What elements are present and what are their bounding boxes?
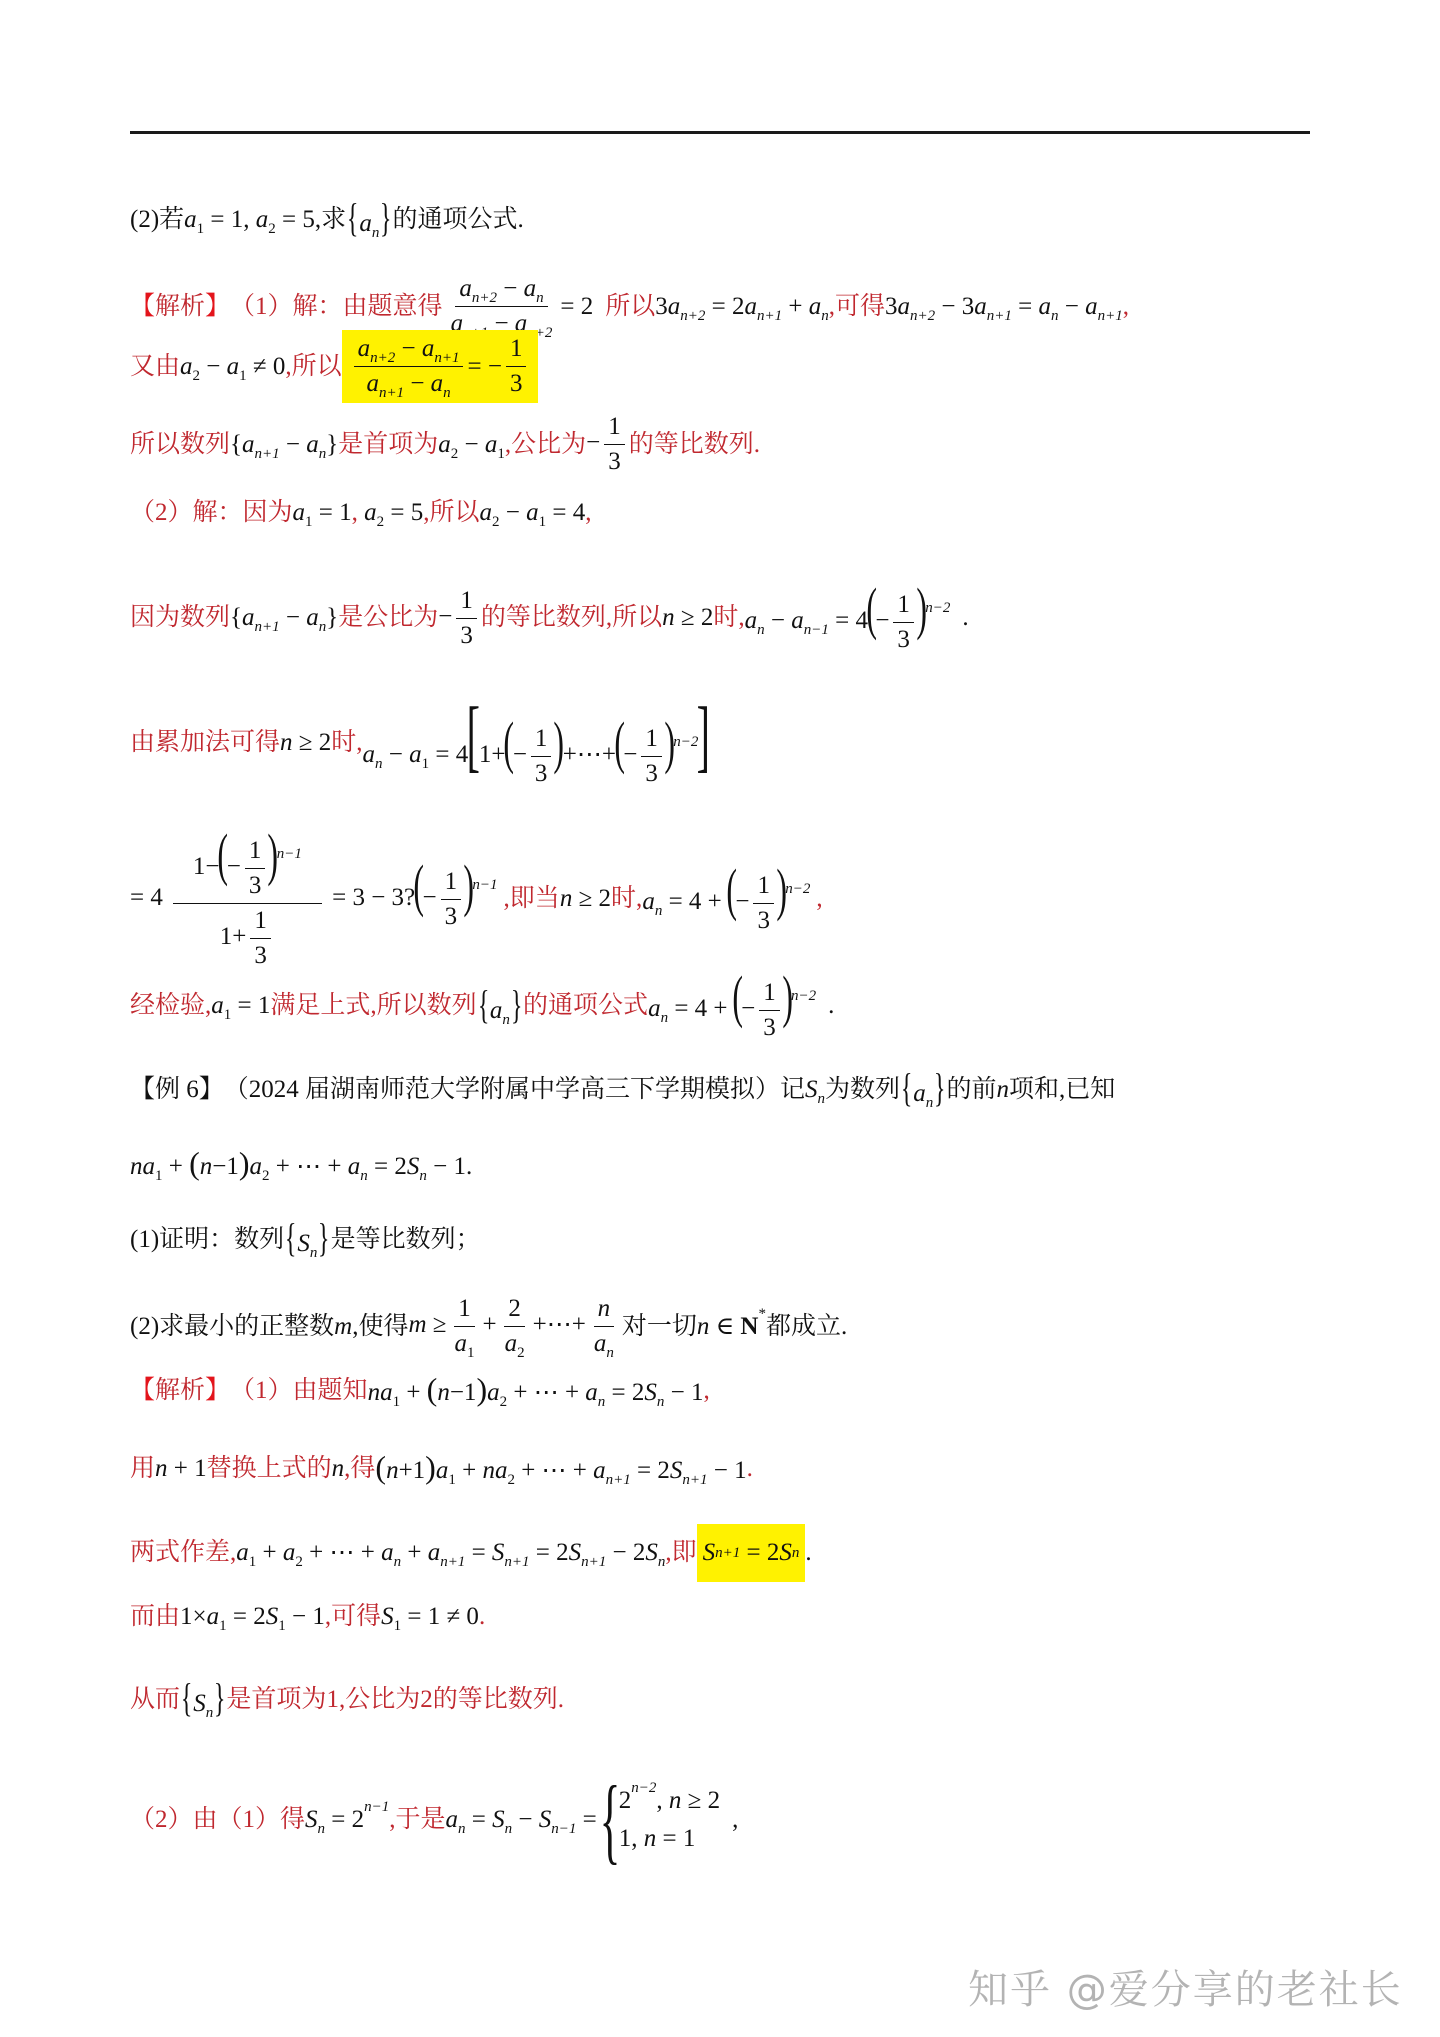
set: n ∈ N*	[697, 1310, 766, 1344]
prefix: 所以数列	[130, 428, 230, 462]
example-source: （2024 届湖南师范大学附属中学高三下学期模拟）	[224, 1073, 780, 1107]
geometric-line: 所以数列 {an+1 − an} 是首项为 a2 − a1 ,公比为 −13 的…	[130, 410, 760, 479]
m-var: m	[334, 1310, 352, 1344]
mid2: 的通项公式	[523, 989, 648, 1023]
suffix: 的等比数列.	[433, 1683, 564, 1717]
result: S1 = 1 ≠ 0	[381, 1600, 479, 1634]
sequence: {an+1 − an}	[230, 601, 338, 635]
condition: n ≥ 2	[280, 726, 331, 760]
prefix: 从而	[130, 1683, 180, 1717]
mid: 满足上式,所以数列	[270, 989, 476, 1023]
check-line: 经检验, a1 = 1 满足上式,所以数列 {an} 的通项公式 an = 4 …	[130, 968, 834, 1045]
text: 为数列	[825, 1073, 900, 1107]
prefix: 由累加法可得	[130, 726, 280, 760]
mid: ,即	[665, 1536, 696, 1570]
header-rule	[130, 131, 1310, 134]
sequence: {Sn}	[284, 1218, 330, 1261]
solution-6-line-2: 用 n + 1 替换上式的 n ,得 (n+1)a1 + na2 + ⋯ + a…	[130, 1450, 753, 1488]
equation: na1 + (n−1)a2 + ⋯ + an = 2Sn − 1	[368, 1372, 704, 1410]
condition: a1 = 1, a2 = 5	[184, 203, 315, 237]
first-term: 1	[326, 1683, 339, 1717]
prefix: 而由	[130, 1600, 180, 1634]
q1-prefix: (1)证明：数列	[130, 1223, 284, 1257]
punct: .	[479, 1600, 485, 1634]
so-label: ,所以	[423, 496, 479, 530]
equation-2: 3an+2 = 2an+1 + an	[655, 290, 828, 324]
example-tag: 【例 6】	[130, 1073, 224, 1107]
prefix: 用	[130, 1452, 155, 1486]
prefix: （2）由（1）得	[130, 1803, 305, 1837]
ratio: 2	[420, 1683, 433, 1717]
result-line: = 41−(−13)n−11+13 = 3 − 3?(−13)n−1 ,即当 n…	[130, 826, 823, 973]
piecewise: { 2n−2, n ≥ 2 1, n = 1	[597, 1772, 720, 1868]
ratio-label: ,公比为	[505, 428, 586, 462]
q2-mid2: 对一切	[622, 1310, 697, 1344]
equals-two: = 2	[560, 290, 593, 324]
inequality: m ≥1a1+2a2+⋯+nan	[408, 1292, 621, 1361]
mid: ,即当	[504, 882, 560, 916]
first-term: a2 − a1	[438, 428, 505, 462]
solution-6-line-6: （2）由（1）得 Sn = 2n−1 ,于是 an = Sn − Sn−1 = …	[130, 1772, 738, 1868]
condition: a1 = 1, a2 = 5	[293, 496, 424, 530]
tag-word: 解析	[155, 290, 205, 324]
text: 的前	[946, 1073, 996, 1107]
equation: (n+1)a1 + na2 + ⋯ + an+1 = 2Sn+1 − 1	[375, 1450, 746, 1488]
punct: .	[828, 989, 834, 1023]
part-2-line: （2）解：因为 a1 = 1, a2 = 5 ,所以 a2 − a1 = 4 ,	[130, 496, 591, 530]
prefix: 经检验,	[130, 989, 211, 1023]
when: 时,	[713, 601, 744, 635]
q2-mid: ,使得	[352, 1310, 408, 1344]
prefix: 因为数列	[130, 601, 230, 635]
sequence: {an+1 − an}	[230, 428, 338, 462]
label: （2）解：因为	[130, 496, 293, 530]
ratio: −13	[438, 584, 481, 653]
formula: an − an−1 = 4(−13)n−2	[745, 580, 951, 657]
condition: n ≥ 2	[560, 882, 611, 916]
punct: ,	[1123, 290, 1129, 324]
mid: 替换上式的	[207, 1452, 332, 1486]
case-2: 1, n = 1	[619, 1820, 720, 1858]
punct: ,	[585, 496, 591, 530]
highlighted-ratio: an+2 − an+1an+1 − an = −13	[342, 330, 539, 403]
equation: a1 + a2 + ⋯ + an + an+1 = Sn+1 = 2Sn+1 −…	[236, 1536, 665, 1570]
suffix: 的等比数列.	[629, 428, 760, 462]
mid: 是首项为	[338, 428, 438, 462]
Sn-equation: Sn = 2n−1	[305, 1803, 389, 1837]
sum-line: 由累加法可得 n ≥ 2 时, an − a1 = 4[1+(−13)+⋯+(−…	[130, 696, 709, 791]
tag-bracket-right: 】	[205, 1374, 230, 1408]
highlighted-recurrence: Sn+1 = 2Sn	[697, 1524, 806, 1582]
n-var: n	[332, 1452, 345, 1486]
example-6-q2: (2)求最小的正整数 m ,使得 m ≥1a1+2a2+⋯+nan 对一切 n …	[130, 1292, 847, 1361]
an-equation: an = Sn − Sn−1 =	[446, 1803, 597, 1837]
get: ,得	[344, 1452, 375, 1486]
formula: = 41−(−13)n−11+13 = 3 − 3?(−13)n−1	[130, 826, 498, 973]
equation: 1×a1 = 2S1 − 1	[180, 1600, 325, 1634]
punct: ,	[816, 882, 822, 916]
equation-3: 3an+2 − 3an+1 = an − an+1	[885, 290, 1123, 324]
formula: an − a1 = 4[1+(−13)+⋯+(−13)n−2]	[363, 696, 709, 791]
tag-bracket-left: 【	[130, 1374, 155, 1408]
example-6-given: na1 + (n−1)a2 + ⋯ + an = 2Sn − 1.	[130, 1146, 472, 1184]
condition: a2 − a1 ≠ 0	[180, 350, 285, 384]
solution-6-line-4: 而由 1×a1 = 2S1 − 1 ,可得 S1 = 1 ≠ 0 .	[130, 1600, 485, 1634]
given-equation: na1 + (n−1)a2 + ⋯ + an = 2Sn − 1.	[130, 1146, 472, 1184]
ask-suffix: 的通项公式.	[393, 203, 524, 237]
punct: .	[805, 1536, 811, 1570]
prefix: （1）由题知	[230, 1374, 368, 1408]
ratio-line: 又由 a2 − a1 ≠ 0 ,所以 an+2 − an+1an+1 − an …	[130, 330, 538, 403]
tag-word: 解析	[155, 1374, 205, 1408]
tag-bracket-left: 【	[130, 290, 155, 324]
formula: an = 4 + (−13)n−2	[648, 968, 816, 1045]
mid: ,可得	[325, 1600, 381, 1634]
question-2: (2)若 a1 = 1, a2 = 5 ,求 {an} 的通项公式.	[130, 198, 524, 241]
an-formula: an = 4 + (−13)n−2	[642, 861, 810, 938]
example-6-header: 【例 6】 （2024 届湖南师范大学附属中学高三下学期模拟） 记 Sn 为数列…	[130, 1068, 1115, 1111]
prefix: 两式作差,	[130, 1536, 236, 1570]
mid2: ,公比为	[339, 1683, 420, 1717]
prefix: 又由	[130, 350, 180, 384]
substitution: n + 1	[155, 1452, 207, 1486]
punct: .	[962, 601, 968, 635]
solution-6-line-1: 【解析】 （1）由题知 na1 + (n−1)a2 + ⋯ + an = 2Sn…	[130, 1372, 710, 1410]
solution-6-line-3: 两式作差, a1 + a2 + ⋯ + an + an+1 = Sn+1 = 2…	[130, 1524, 812, 1582]
condition: n ≥ 2	[662, 601, 713, 635]
q2-prefix: (2)求最小的正整数	[130, 1310, 334, 1344]
watermark: 知乎 @爱分享的老社长	[968, 1958, 1403, 2015]
so-label: 所以	[605, 290, 655, 324]
ask-prefix: ,求	[315, 203, 346, 237]
text: 项和,已知	[1009, 1073, 1115, 1107]
tag-bracket-right: 】	[205, 290, 230, 324]
Sn: Sn	[805, 1073, 825, 1107]
solution-intro: （1）解：由题意得	[230, 290, 443, 324]
sequence: {Sn}	[180, 1678, 226, 1721]
get-label: ,可得	[829, 290, 885, 324]
so-label: ,所以	[285, 350, 341, 384]
sequence: {an}	[900, 1068, 946, 1111]
q1-suffix: 是等比数列；	[331, 1223, 481, 1257]
q2-suffix: 都成立.	[766, 1310, 847, 1344]
punct: ,	[704, 1374, 710, 1408]
result: a2 − a1 = 4	[480, 496, 586, 530]
text: 记	[780, 1073, 805, 1107]
when: 时,	[611, 882, 642, 916]
example-6-q1: (1)证明：数列 {Sn} 是等比数列；	[130, 1218, 481, 1261]
condition: a1 = 1	[211, 989, 270, 1023]
n-var: n	[996, 1073, 1009, 1107]
sequence: {an}	[477, 985, 523, 1028]
mid: 是首项为	[226, 1683, 326, 1717]
punct: .	[747, 1452, 753, 1486]
mid2: 的等比数列,所以	[481, 601, 662, 635]
mid: 是公比为	[338, 601, 438, 635]
ratio: −13	[586, 410, 629, 479]
sequence: {an}	[346, 198, 392, 241]
when: 时,	[331, 726, 362, 760]
solution-6-line-5: 从而 {Sn} 是首项为 1 ,公比为 2 的等比数列.	[130, 1678, 564, 1721]
punct: ,	[732, 1803, 738, 1837]
question-label: (2)若	[130, 203, 184, 237]
because-line: 因为数列 {an+1 − an} 是公比为 −13 的等比数列,所以 n ≥ 2…	[130, 580, 969, 657]
case-1: 2n−2, n ≥ 2	[619, 1782, 720, 1820]
mid: ,于是	[389, 1803, 445, 1837]
